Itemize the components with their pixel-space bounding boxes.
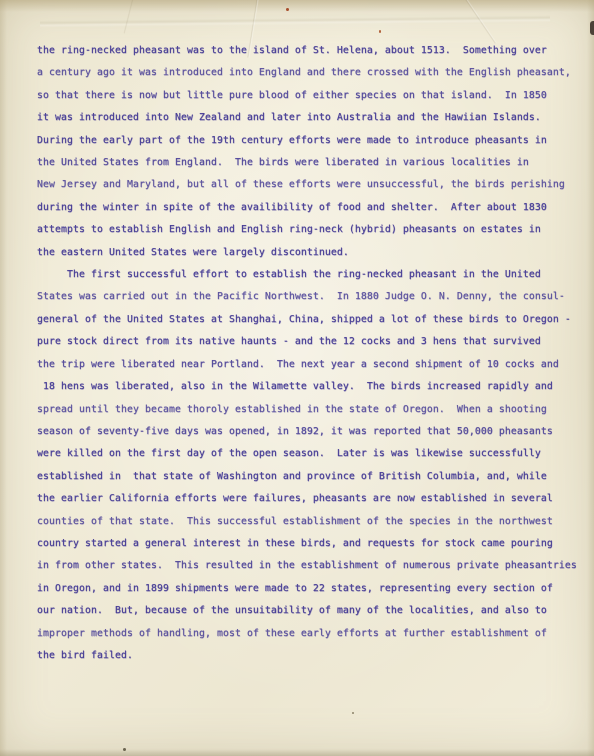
- text-line: improper methods of handling, most of th…: [37, 623, 582, 645]
- text-line: New Jersey and Maryland, but all of thes…: [37, 174, 582, 196]
- paper-speck: [352, 712, 354, 714]
- paper-speck: [123, 748, 126, 751]
- scan-edge-mark: [590, 21, 594, 35]
- text-line: were killed on the first day of the open…: [37, 443, 582, 465]
- text-line: 18 hens was liberated, also in the Wilam…: [37, 376, 582, 398]
- text-line: States was carried out in the Pacific No…: [37, 286, 582, 308]
- paper-crease: [40, 15, 550, 27]
- text-line: the trip were liberated near Portland. T…: [37, 354, 582, 376]
- text-line: The first successful effort to establish…: [37, 264, 582, 286]
- text-line: attempts to establish English and Englis…: [37, 219, 582, 241]
- paper-crease: [462, 0, 497, 44]
- text-line: the eastern United States were largely d…: [37, 242, 582, 264]
- paper-speck: [286, 8, 289, 11]
- text-line: our nation. But, because of the unsuitab…: [37, 600, 582, 622]
- text-line: country started a general interest in th…: [37, 533, 582, 555]
- paper-crease: [123, 0, 135, 34]
- manuscript-page: the ring-necked pheasant was to the isla…: [0, 0, 594, 756]
- text-line: so that there is now but little pure blo…: [37, 85, 582, 107]
- text-line: during the winter in spite of the availi…: [37, 197, 582, 219]
- text-line: pure stock direct from its native haunts…: [37, 331, 582, 353]
- text-line: spread until they became thoroly establi…: [37, 399, 582, 421]
- text-line: a century ago it was introduced into Eng…: [37, 62, 582, 84]
- text-line: the earlier California efforts were fail…: [37, 488, 582, 510]
- text-line: the bird failed.: [37, 645, 582, 667]
- text-line: it was introduced into New Zealand and l…: [37, 107, 582, 129]
- text-line: general of the United States at Shanghai…: [37, 309, 582, 331]
- text-line: the United States from England. The bird…: [37, 152, 582, 174]
- text-line: season of seventy-five days was opened, …: [37, 421, 582, 443]
- text-line: counties of that state. This successful …: [37, 511, 582, 533]
- text-line: established in that state of Washington …: [37, 466, 582, 488]
- text-line: the ring-necked pheasant was to the isla…: [37, 40, 582, 62]
- text-line: During the early part of the 19th centur…: [37, 130, 582, 152]
- text-line: in Oregon, and in 1899 shipments were ma…: [37, 578, 582, 600]
- paper-speck: [379, 30, 381, 33]
- text-line: in from other states. This resulted in t…: [37, 555, 582, 577]
- typewritten-text-block: the ring-necked pheasant was to the isla…: [37, 40, 582, 667]
